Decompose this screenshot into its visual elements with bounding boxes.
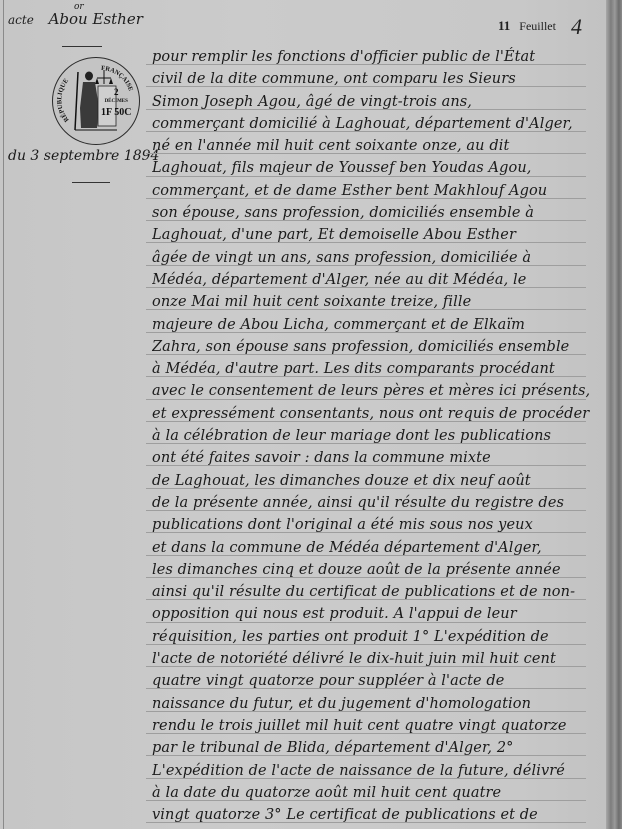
text-line: Laghouat, d'une part, Et demoiselle Abou… bbox=[152, 224, 592, 246]
text-line: et dans la commune de Médéa département … bbox=[152, 537, 592, 559]
date-margin-note: du 3 septembre 1894 bbox=[8, 148, 159, 164]
text-line: L'expédition de l'acte de naissance de l… bbox=[152, 760, 592, 782]
text-line: de Laghouat, les dimanches douze et dix … bbox=[152, 470, 592, 492]
header-underline bbox=[62, 46, 102, 47]
text-line: né en l'année mil huit cent soixante onz… bbox=[152, 135, 592, 157]
book-binding bbox=[606, 0, 622, 829]
text-line: onze Mai mil huit cent soixante treize, … bbox=[152, 291, 592, 313]
text-line: âgée de vingt un ans, sans profession, d… bbox=[152, 247, 592, 269]
text-line: à Médéa, d'autre part. Les dits comparan… bbox=[152, 358, 592, 380]
register-page: acte or Abou Esther 11 Feuillet 4 RÉPUBL… bbox=[0, 0, 608, 829]
text-line: quatre vingt quatorze pour suppléer à l'… bbox=[152, 670, 592, 692]
acte-superscript: or bbox=[74, 2, 84, 12]
text-line: naissance du futur, et du jugement d'hom… bbox=[152, 693, 592, 715]
text-line: Laghouat, fils majeur de Youssef ben You… bbox=[152, 157, 592, 179]
date-underline bbox=[72, 182, 110, 183]
text-line: Simon Joseph Agou, âgé de vingt-trois an… bbox=[152, 91, 592, 113]
feuillet-number: 11 bbox=[498, 18, 510, 33]
feuillet-label: Feuillet bbox=[519, 19, 556, 33]
text-line: ont été faites savoir : dans la commune … bbox=[152, 447, 592, 469]
folio-mark: 4 bbox=[571, 14, 582, 39]
text-line: à la célébration de leur mariage dont le… bbox=[152, 425, 592, 447]
text-line: de la présente année, ainsi qu'il résult… bbox=[152, 492, 592, 514]
margin-name: Abou Esther bbox=[49, 10, 143, 28]
tax-stamp: RÉPUBLIQUE FRANÇAISE 2 DÉCIMES 1F 50C bbox=[52, 57, 140, 145]
text-line: rendu le trois juillet mil huit cent qua… bbox=[152, 715, 592, 737]
feuillet-header: 11 Feuillet 4 bbox=[498, 10, 582, 36]
text-line: majeure de Abou Licha, commerçant et de … bbox=[152, 314, 592, 336]
text-line: les dimanches cinq et douze août de la p… bbox=[152, 559, 592, 581]
text-line: commerçant, et de dame Esther bent Makhl… bbox=[152, 180, 592, 202]
text-line: pour remplir les fonctions d'officier pu… bbox=[152, 46, 592, 68]
text-line: son épouse, sans profession, domiciliés … bbox=[152, 202, 592, 224]
text-line: et expressément consentants, nous ont re… bbox=[152, 403, 592, 425]
stamp-denomination: 2 DÉCIMES 1F 50C bbox=[101, 88, 131, 117]
text-line: avec le consentement de leurs pères et m… bbox=[152, 380, 592, 402]
record-body: pour remplir les fonctions d'officier pu… bbox=[152, 46, 592, 826]
text-line: civil de la dite commune, ont comparu le… bbox=[152, 68, 592, 90]
text-line: publications dont l'original a été mis s… bbox=[152, 514, 592, 536]
acte-label: acte bbox=[8, 13, 34, 27]
svg-text:RÉPUBLIQUE: RÉPUBLIQUE bbox=[56, 77, 70, 123]
margin-header-note: acte or Abou Esther bbox=[8, 10, 143, 28]
text-line: commerçant domicilié à Laghouat, départe… bbox=[152, 113, 592, 135]
text-line: vingt quatorze 3° Le certificat de publi… bbox=[152, 804, 592, 826]
text-line: à la date du quatorze août mil huit cent… bbox=[152, 782, 592, 804]
text-line: l'acte de notoriété délivré le dix-huit … bbox=[152, 648, 592, 670]
text-line: ainsi qu'il résulte du certificat de pub… bbox=[152, 581, 592, 603]
text-line: opposition qui nous est produit. A l'app… bbox=[152, 603, 592, 625]
left-margin-rule bbox=[3, 0, 4, 829]
text-line: par le tribunal de Blida, département d'… bbox=[152, 737, 592, 759]
text-line: Médéa, département d'Alger, née au dit M… bbox=[152, 269, 592, 291]
text-line: réquisition, les parties ont produit 1° … bbox=[152, 626, 592, 648]
text-line: Zahra, son épouse sans profession, domic… bbox=[152, 336, 592, 358]
